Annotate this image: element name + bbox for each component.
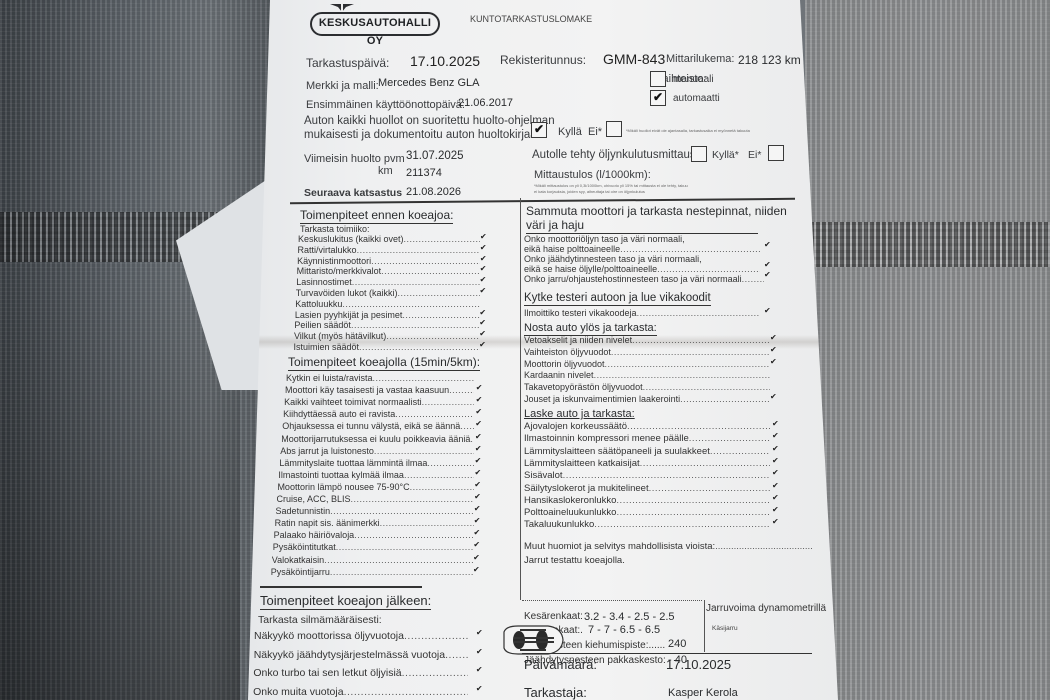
checklist-item: Kardaanin nivelet.......................… <box>524 370 770 380</box>
checklist-item: Polttoaineluukunlukko...................… <box>524 507 770 518</box>
checklist-item: Takavetopyörästön öljyvuodot............… <box>524 382 770 392</box>
checklist-item: Turvavöiden lukot (kaikki)..............… <box>296 288 480 298</box>
tester-title: Kytke testeri autoon ja lue vikakoodit <box>524 292 711 306</box>
leader-dots: ........................................… <box>689 433 770 444</box>
check-mark-icon[interactable]: ✔ <box>772 468 779 477</box>
oil-no-checkbox[interactable] <box>768 145 784 161</box>
leader-dots: ........................................… <box>637 308 760 318</box>
leader-dots: ........................................… <box>594 370 770 380</box>
checklist-item-label: Ilmastointi tuottaa kylmää ilmaa <box>278 470 404 480</box>
checklist-item: Kytkin ei luista/ravista................… <box>286 373 474 383</box>
check-mark-icon[interactable]: ✔ <box>480 286 487 295</box>
check-mark-icon[interactable]: ✔ <box>764 240 771 249</box>
checklist-item: Ilmastointi tuottaa kylmää ilmaa........… <box>278 470 474 480</box>
inspection-date: 17.10.2025 <box>410 53 480 69</box>
signoff-date-label: Päivämäärä: <box>524 657 597 672</box>
inspection-form: KESKUSAUTOHALLI OY KUNTOTARKASTUSLOMAKE … <box>248 0 838 700</box>
checklist-item: Sisävalot...............................… <box>524 470 770 481</box>
leader-dots: ........................................… <box>445 649 468 661</box>
check-mark-icon[interactable]: ✔ <box>475 432 482 441</box>
check-mark-icon[interactable]: ✔ <box>770 392 777 401</box>
last-service-label: Viimeisin huolto pvm <box>304 153 405 165</box>
transmission-manual-label: manuaali <box>673 74 714 85</box>
leader-dots: ........................................… <box>324 555 474 565</box>
checklist-item: Näkyykö jäähdytysjärjestelmässä vuotoja.… <box>254 649 468 661</box>
check-mark-icon[interactable]: ✔ <box>475 419 482 428</box>
checklist-item: Valokatkaisin...........................… <box>272 555 474 565</box>
checklist-item-label: Sisävalot <box>524 470 563 481</box>
service-no-label: Ei* <box>588 126 602 138</box>
winter-tires-value: 7 - 7 - 6.5 - 6.5 <box>588 624 660 636</box>
make-model-label: Merkki ja malli: <box>306 80 379 92</box>
before-drive-subtitle: Tarkasta toimiiko: <box>300 224 370 234</box>
leader-dots: ........................................… <box>336 542 474 552</box>
inspector-name: Kasper Kerola <box>668 687 738 699</box>
check-mark-icon[interactable]: ✔ <box>474 492 481 501</box>
oil-yes-label: Kyllä* <box>712 149 739 161</box>
leader-dots: ........................................… <box>351 320 480 330</box>
checklist-item: Hansikaslokeronlukko....................… <box>524 495 770 506</box>
checklist-item: Vaihteiston öljyvuodot..................… <box>524 347 770 357</box>
check-mark-icon[interactable]: ✔ <box>476 383 483 392</box>
checklist-item-label: Pysäköintijarru <box>271 567 330 577</box>
leader-dots: ........................................… <box>632 335 770 345</box>
notes-dots: ..................................... <box>715 541 813 552</box>
checklist-item-label: Ilmastoinnin kompressori menee päälle <box>524 433 689 444</box>
checklist-item: Onko jäähdytinnesteen taso ja väri norma… <box>524 254 764 264</box>
check-mark-icon[interactable]: ✔ <box>475 456 482 465</box>
after-drive-subtitle: Tarkasta silmämääräisesti: <box>258 614 382 626</box>
checklist-item: Ohjauksessa ei tunnu välystä, eikä se ää… <box>282 421 474 431</box>
last-service-km: 211374 <box>406 167 442 179</box>
checklist-item-label: Vilkut (myös hätävilkut) <box>294 331 386 341</box>
leader-dots: ........................................… <box>381 266 480 276</box>
check-mark-icon[interactable]: ✔ <box>772 493 779 502</box>
check-mark-icon[interactable]: ✔ <box>770 357 777 366</box>
checklist-item: Onko jarru/ohjaustehostinnesteen taso ja… <box>524 274 764 284</box>
checklist-item-label: Mittaristo/merkkivalot <box>297 266 382 276</box>
checklist-item-label: Lasien pyyhkijät ja pesimet <box>295 310 403 320</box>
checklist-item-label: Lämmityslaitteen katkaisijat <box>524 458 640 469</box>
leader-dots: ........................................… <box>359 342 480 352</box>
leader-dots: ........................................… <box>342 299 480 309</box>
checklist-item-label: Istuimien säädöt <box>294 342 360 352</box>
service-yes-label: Kyllä <box>558 126 582 138</box>
check-mark-icon[interactable]: ✔ <box>772 444 779 453</box>
leader-dots: ........................................… <box>404 470 474 480</box>
checklist-item: Onko muita vuotoja......................… <box>253 686 468 698</box>
check-mark-icon[interactable]: ✔ <box>772 517 779 526</box>
leader-dots: ........................................… <box>352 277 480 287</box>
leader-dots: ........................................… <box>354 530 474 540</box>
checklist-item: Lämmityslaitteen katkaisijat............… <box>524 458 770 469</box>
check-mark-icon[interactable]: ✔ <box>772 419 779 428</box>
check-mark-icon[interactable]: ✔ <box>480 243 487 252</box>
leader-dots: ........................................… <box>616 507 770 518</box>
checklist-item: Jouset ja iskunvaimentimien laakerointi.… <box>524 394 770 404</box>
leader-dots: ........................................… <box>357 245 480 255</box>
checklist-item: Onko turbo tai sen letkut öljyisiä......… <box>253 667 468 679</box>
checklist-item: Vetoakselit ja niiden nivelet...........… <box>524 335 770 345</box>
checklist-item-label: Kiihdyttäessä auto ei ravista <box>283 409 395 419</box>
leader-dots: ........................................… <box>402 667 468 679</box>
checklist-item-label: Moottori käy tasaisesti ja vastaa kaasuu… <box>285 385 449 395</box>
check-mark-icon[interactable]: ✔ <box>772 431 779 440</box>
service-footnote: *Mikäli huollot eivät ole ajantasalla, t… <box>626 128 750 133</box>
checklist-item-label: Cruise, ACC, BLIS <box>277 494 351 504</box>
leader-dots: ........................................… <box>344 686 468 698</box>
first-registration-label: Ensimmäinen käyttöönottopäivä: <box>306 99 465 111</box>
check-mark-icon[interactable]: ✔ <box>772 456 779 465</box>
checklist-item-label: Käynnistinmoottori <box>297 256 371 266</box>
leader-dots: ........................................… <box>563 470 770 481</box>
check-mark-icon[interactable]: ✔ <box>476 628 483 637</box>
checklist-item: Moottorin öljyvuodot....................… <box>524 359 770 369</box>
checklist-item-label: Ohjauksessa ei tunnu välystä, eikä se ää… <box>282 421 460 431</box>
checklist-item-label: Takavetopyörästön öljyvuodot <box>524 382 643 392</box>
inspector-label: Tarkastaja: <box>524 685 587 700</box>
check-mark-icon[interactable]: ✔ <box>473 565 480 574</box>
check-mark-icon[interactable]: ✔ <box>475 407 482 416</box>
leader-dots: ........................................… <box>643 382 770 392</box>
checklist-item: Lämmityslaitteen säätöpaneeli ja suulakk… <box>524 446 770 457</box>
leader-dots: ........................................… <box>605 359 770 369</box>
leader-dots: ........................................… <box>404 234 480 244</box>
measurement-divider <box>704 600 705 652</box>
oil-footnote-1: *Mikäli mittaustulos on yli 0,3l/1000km,… <box>534 183 688 188</box>
next-inspection-label: Seuraava katsastus <box>304 187 402 199</box>
leader-dots: ........................................… <box>611 347 770 357</box>
checklist-item: Kattoluukku.............................… <box>295 299 480 309</box>
next-inspection-date: 21.08.2026 <box>406 186 461 198</box>
checklist-item-label: Ratin napit sis. äänimerkki <box>275 518 380 528</box>
checklist-item: Näkyykö moottorissa öljyvuotoja.........… <box>254 630 468 642</box>
leader-dots: ........................................… <box>427 458 474 468</box>
checklist-item-label: Vaihteiston öljyvuodot <box>524 347 611 357</box>
checklist-item: Käynnistinmoottori......................… <box>297 256 480 266</box>
checklist-item-label: Turvavöiden lukot (kaikki) <box>296 288 398 298</box>
checklist-item-continued: eikä se haise öljylle/polttoaineelle....… <box>524 264 760 274</box>
checklist-item: Sadetunnistin...........................… <box>276 506 474 516</box>
oil-result-label: Mittaustulos (l/1000km): <box>534 169 651 181</box>
checklist-item-label: Keskuslukitus (kaikki ovet) <box>298 234 404 244</box>
checklist-item-label: Kytkin ei luista/ravista <box>286 373 373 383</box>
leader-dots: ........................................… <box>386 331 480 341</box>
checklist-item-label: Ilmoittiko testeri vikakoodeja <box>524 308 637 318</box>
check-mark-icon[interactable]: ✔ <box>479 329 486 338</box>
check-mark-icon[interactable]: ✔ <box>476 684 483 693</box>
engine-off-title: Sammuta moottori ja tarkasta nestepinnat… <box>526 204 787 218</box>
check-mark-icon[interactable]: ✔ <box>474 528 481 537</box>
check-mark-icon[interactable]: ✔ <box>480 232 487 241</box>
leader-dots: ........................................… <box>594 519 770 530</box>
checklist-item: Lasinnostimet...........................… <box>296 277 480 287</box>
notes-label-text: Muut huomiot ja selvitys mahdollisista v… <box>524 541 715 552</box>
checklist-item-continued: eikä haise polttoaineelle...............… <box>524 244 760 254</box>
transmission-automatic-label: automaatti <box>673 93 720 104</box>
leader-dots: ........................................… <box>460 421 474 431</box>
service-history-label: Auton kaikki huollot on suoritettu huolt… <box>304 115 555 127</box>
leader-dots: ........................................… <box>616 495 770 506</box>
checklist-item: Palaako häiriövaloja....................… <box>274 530 474 540</box>
checklist-item: Moottorijarrutuksessa ei kuulu poikkeavi… <box>281 434 474 444</box>
leader-dots: ........................................… <box>410 482 474 492</box>
checklist-item: Peilien säädöt..........................… <box>294 320 480 330</box>
checklist-item: Abs jarrut ja luistonesto...............… <box>280 446 474 456</box>
leader-dots: ........................................… <box>395 409 474 419</box>
fabric-stripe-right <box>810 222 1050 267</box>
odometer-value: 218 123 km <box>738 53 801 67</box>
checklist-item-label: Polttoaineluukunlukko <box>524 507 616 518</box>
checklist-item: Onko moottoriöljyn taso ja väri normaali… <box>524 234 764 244</box>
checklist-item-label: Moottorin lämpö nousee 75-90°C <box>277 482 409 492</box>
form-title: KUNTOTARKASTUSLOMAKE <box>470 14 592 24</box>
company-logo: KESKUSAUTOHALLI OY <box>310 12 440 36</box>
checklist-item: Moottorin lämpö nousee 75-90°C..........… <box>277 482 474 492</box>
check-mark-icon[interactable]: ✔ <box>479 318 486 327</box>
check-mark-icon[interactable]: ✔ <box>475 444 482 453</box>
check-mark-icon[interactable]: ✔ <box>764 270 771 279</box>
checklist-item: Pysäköintitutkat........................… <box>273 542 474 552</box>
signoff-divider <box>522 653 812 654</box>
leader-dots: ........................................… <box>627 421 770 432</box>
section-divider <box>260 586 422 588</box>
checklist-item: Säilytyslokerot ja mukitelineet.........… <box>524 483 770 494</box>
checklist-item-label: Ajovalojen korkeussäätö <box>524 421 627 432</box>
last-service-km-label: km <box>378 165 393 177</box>
leader-dots: ........................................… <box>404 630 468 642</box>
checklist-item: Lasien pyyhkijät ja pesimet.............… <box>295 310 480 320</box>
leader-dots: ........................................… <box>640 458 770 469</box>
checklist-item-label: Näkyykö jäähdytysjärjestelmässä vuotoja <box>254 649 445 661</box>
checklist-item-label: Moottorijarrutuksessa ei kuulu poikkeavi… <box>281 434 470 444</box>
registration-number: GMM-843 <box>603 51 665 67</box>
leader-dots: ........................................… <box>449 385 474 395</box>
checklist-item: Mittaristo/merkkivalot..................… <box>297 266 480 276</box>
checklist-item-label: Abs jarrut ja luistonesto <box>280 446 374 456</box>
leader-dots: ........................................… <box>351 494 474 504</box>
check-mark-icon[interactable]: ✔ <box>476 395 483 404</box>
leader-dots: ........................................… <box>422 397 474 407</box>
check-mark-icon[interactable]: ✔ <box>770 333 777 342</box>
engine-off-title-2: väri ja haju <box>526 218 758 234</box>
check-mark-icon[interactable]: ✔ <box>474 516 481 525</box>
checklist-item: Ajovalojen korkeussäätö.................… <box>524 421 770 432</box>
leader-dots: ........................................… <box>397 288 480 298</box>
checklist-item: Ilmoittiko testeri vikakoodeja..........… <box>524 308 760 318</box>
leader-dots: ........................................… <box>710 446 770 457</box>
signoff-date: 17.10.2025 <box>666 657 731 672</box>
lift-title: Nosta auto ylös ja tarkasta: <box>524 322 657 336</box>
summer-tires-label: Kesärenkaat: <box>524 611 583 622</box>
checklist-item-label: Kaikki vaihteet toimivat normaalisti <box>284 397 422 407</box>
notes-label: Muut huomiot ja selvitys mahdollisista v… <box>524 541 813 552</box>
checklist-item-label: Onko turbo tai sen letkut öljyisiä <box>253 667 401 679</box>
checklist-item: Ratti/virtalukko........................… <box>298 245 480 255</box>
check-mark-icon[interactable]: ✔ <box>772 505 779 514</box>
inspection-date-label: Tarkastuspäivä: <box>306 56 389 70</box>
checklist-item-label: Takaluukunlukko <box>524 519 594 530</box>
leader-dots: ........................................… <box>373 373 474 383</box>
checklist-item: Lämmityslaite tuottaa lämmintä ilmaa....… <box>279 458 474 468</box>
check-mark-icon[interactable]: ✔ <box>474 480 481 489</box>
checklist-item: Cruise, ACC, BLIS.......................… <box>277 494 475 504</box>
odometer-label: Mittarilukema: <box>666 53 734 65</box>
oil-no-label: Ei* <box>748 149 761 161</box>
checklist-item-label: Sadetunnistin <box>276 506 331 516</box>
checklist-item-label: Palaako häiriövaloja <box>274 530 355 540</box>
leader-dots: ........................................… <box>380 518 474 528</box>
oil-footnote-2: ei kata korjauksia, joiden syy, aiheutta… <box>534 189 645 194</box>
before-drive-title: Toimenpiteet ennen koeajoa: <box>300 208 453 224</box>
checklist-item-label: Lasinnostimet <box>296 277 352 287</box>
check-mark-icon[interactable]: ✔ <box>479 308 486 317</box>
checklist-item: Pysäköintijarru.........................… <box>271 567 474 577</box>
check-mark-icon[interactable]: ✔ <box>473 540 480 549</box>
check-mark-icon[interactable]: ✔ <box>772 481 779 490</box>
check-mark-icon[interactable]: ✔ <box>476 647 483 656</box>
measurement-box-top <box>522 600 702 601</box>
checklist-item-label: Näkyykö moottorissa öljyvuotoja <box>254 630 404 642</box>
last-service-date: 31.07.2025 <box>406 150 464 162</box>
check-mark-icon[interactable]: ✔ <box>479 340 486 349</box>
checklist-item-label: Kattoluukku <box>295 299 342 309</box>
brake-dyno-title: Jarruvoima dynamometrillä <box>706 603 826 614</box>
checklist-item-label: Säilytyslokerot ja mukitelineet <box>524 483 649 494</box>
oil-measurement-label: Autolle tehty öljynkulutusmittaus: <box>532 149 699 161</box>
checklist-item: Ratin napit sis. äänimerkki.............… <box>275 518 474 528</box>
checklist-item-label: Moottorin öljyvuodot <box>524 359 605 369</box>
leader-dots: ........................................… <box>649 483 770 494</box>
registration-label: Rekisteritunnus: <box>500 53 586 67</box>
check-mark-icon[interactable]: ✔ <box>474 504 481 513</box>
checklist-item: Vilkut (myös hätävilkut)................… <box>294 331 480 341</box>
check-mark-icon[interactable]: ✔ <box>480 254 487 263</box>
service-history-label-2: mukaisesti ja dokumentoitu auton huoltok… <box>304 129 546 141</box>
checklist-item: Kaikki vaihteet toimivat normaalisti....… <box>284 397 474 407</box>
checklist-item-label: Kardaanin nivelet <box>524 370 594 380</box>
leader-dots: ........................................… <box>330 567 474 577</box>
check-mark-icon[interactable]: ✔ <box>480 275 487 284</box>
make-model-value: Mercedes Benz GLA <box>378 77 480 89</box>
oil-yes-checkbox[interactable] <box>691 146 707 162</box>
brake-fluid-value: 240 <box>668 638 686 650</box>
checklist-item-label: Lämmityslaitteen säätöpaneeli ja suulakk… <box>524 446 710 457</box>
leader-dots: ........................................… <box>470 434 474 444</box>
first-registration-date: 21.06.2017 <box>458 97 513 109</box>
checklist-item-label: Jouset ja iskunvaimentimien laakerointi <box>524 394 680 404</box>
check-mark-icon[interactable]: ✔ <box>480 264 487 273</box>
summer-tires-value: 3.2 - 3.4 - 2.5 - 2.5 <box>584 611 675 623</box>
checklist-item-label: Pysäköintitutkat <box>273 542 336 552</box>
check-mark-icon[interactable]: ✔ <box>474 468 481 477</box>
column-divider <box>520 198 521 600</box>
transmission-manual-checkbox[interactable] <box>650 71 666 87</box>
check-mark-icon[interactable]: ✔ <box>764 306 771 315</box>
check-mark-icon[interactable]: ✔ <box>476 665 483 674</box>
checklist-item-label: Onko muita vuotoja <box>253 686 343 698</box>
handbrake-label: Käsijarru <box>712 625 738 632</box>
after-drive-title: Toimenpiteet koeajon jälkeen: <box>260 593 431 610</box>
checklist-item: Kiihdyttäessä auto ei ravista...........… <box>283 409 474 419</box>
checklist-item: Keskuslukitus (kaikki ovet).............… <box>298 234 480 244</box>
checklist-item-label: Peilien säädöt <box>294 320 351 330</box>
check-mark-icon[interactable]: ✔ <box>764 260 771 269</box>
leader-dots: ........................................… <box>680 394 770 404</box>
checklist-item: Moottori käy tasaisesti ja vastaa kaasuu… <box>285 385 474 395</box>
checklist-item: Takaluukunlukko.........................… <box>524 519 770 530</box>
checklist-item-label: Ratti/virtalukko <box>298 245 357 255</box>
check-mark-icon[interactable]: ✔ <box>473 553 480 562</box>
lower-title: Laske auto ja tarkasta: <box>524 408 635 421</box>
leader-dots: ........................................… <box>371 256 480 266</box>
service-no-checkbox[interactable] <box>606 121 622 137</box>
leader-dots: ........................................… <box>374 446 474 456</box>
leader-dots: ........................................… <box>402 310 480 320</box>
during-drive-title: Toimenpiteet koeajolla (15min/5km): <box>288 355 480 371</box>
transmission-automatic-checkbox[interactable]: ✔ <box>650 90 666 106</box>
checklist-item: Istuimien säädöt........................… <box>294 342 481 352</box>
service-yes-checkbox[interactable]: ✔ <box>531 122 547 138</box>
checklist-item-label: Hansikaslokeronlukko <box>524 495 616 506</box>
notes-text[interactable]: Jarrut testattu koeajolla. <box>524 555 625 566</box>
checklist-item-label: Vetoakselit ja niiden nivelet <box>524 335 632 345</box>
leader-dots: ........................................… <box>330 506 474 516</box>
check-mark-icon[interactable]: ✔ <box>770 345 777 354</box>
checklist-item: Ilmastoinnin kompressori menee päälle...… <box>524 433 770 444</box>
checklist-item-label: Lämmityslaite tuottaa lämmintä ilmaa <box>279 458 427 468</box>
fabric-background-right <box>805 0 1050 700</box>
checklist-item-label: Valokatkaisin <box>272 555 324 565</box>
